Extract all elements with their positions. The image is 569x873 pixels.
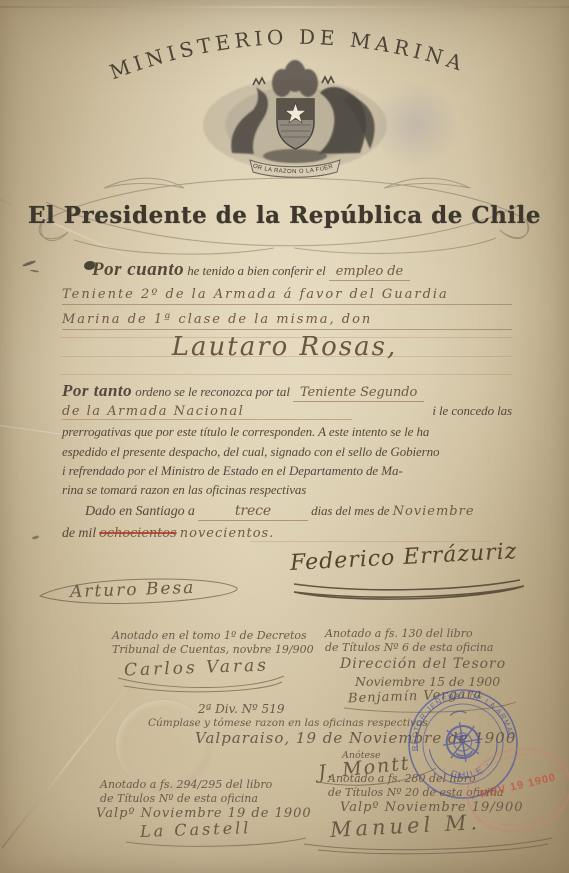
signature-president: Federico Errázuriz [290,539,518,576]
ministry-arc-text: MINISTERIO DE MARINA [106,25,469,84]
hand-line3: Marina de 1ª clase de la misma, don [62,312,372,327]
tesoro-line-2: de Títulos Nº 6 de esta oficina [325,641,493,654]
margin-mark-2 [30,269,39,273]
tribunal-line-1: Anotado en el tomo 1º de Decretos [112,629,307,642]
hand-line2: Teniente 2º de la Armada á favor del Gua… [62,287,449,302]
printed-dias: dias del mes de [311,503,389,518]
line-prerrogativas: prerrogativas que por este título le cor… [62,424,429,440]
line-marina: Marina de 1ª clase de la misma, don [62,311,512,330]
margin-mark-1 [22,260,36,267]
tesoro-line-3: Dirección del Tesoro [340,656,506,672]
hand-teniente-segundo: Teniente Segundo [293,385,424,402]
ground [263,149,327,163]
printed-concedo: i le concedo las [432,403,512,419]
ministry-arc: MINISTERIO DE MARINA [100,22,475,142]
line-refrendado: i refrendado por el Ministro de Estado e… [62,463,403,479]
tribunal-line-2: Tribunal de Cuentas, novbre 19/900 [112,643,314,656]
printed-text: he tenido a bien conferir el [184,263,329,278]
bottom-left-line-2: de Títulos Nº de esta oficina [100,792,258,805]
cumplase-ref: 2ª Div. Nº 519 [198,702,284,716]
president-signature-flourish [288,578,528,606]
hand-month: Noviembre [393,504,475,519]
document-title: El Presidente de la República de Chile [0,202,569,229]
struck-ochocientos: ochocientos [99,526,176,541]
hand-armada-nacional: de la Armada Nacional [62,404,244,419]
bottom-left-line-1: Anotado a fs. 294/295 del libro [100,778,272,791]
line-dado: Dado en Santiago a trece dias del mes de… [85,503,475,521]
hand-day: trece [198,503,308,521]
rule-armada-nacional [62,419,352,420]
signature-bottom-left: La Castell [140,818,252,841]
printed-dado: Dado en Santiago a [85,504,195,519]
opening-por-cuanto: Por cuanto [92,259,184,280]
opening-por-tanto: Por tanto [62,381,132,400]
svg-text:MINISTERIO DE MARINA: MINISTERIO DE MARINA [106,25,469,84]
printed-text: ordeno se le reconozca por tal [132,384,293,399]
motto-ribbon [250,160,340,177]
cumplase-line-1: Cúmplase y tómese razon en las oficinas … [148,717,428,729]
hand-novecientos: novecientos. [180,526,275,541]
margin-mark-3 [32,535,39,539]
signature-tribunal: Carlos Varas [124,655,270,680]
tesoro-line-1: Anotado a fs. 130 del libro [325,627,473,640]
officer-name: Lautaro Rosas, [0,332,569,362]
signature-minister: Arturo Besa [70,578,196,602]
printed-de-mil: de mil [62,526,96,541]
ship-wheel-anchor-icon [438,708,485,765]
crease-top [0,6,569,8]
crease-bottom-left [1,674,138,849]
name-rule-3 [60,374,512,375]
line-rina: rina se tomará razon en las oficinas res… [62,482,306,498]
line-mil: de mil ochocientos novecientos. [62,525,274,542]
line-por-tanto: Por tanto ordeno se le reconozca por tal… [62,381,424,401]
line-armada-nacional: de la Armada Nacional i le concedo las [62,403,512,419]
line-teniente: Teniente 2º de la Armada á favor del Gua… [62,286,512,305]
line-espedido: espedido el presente despacho, del cual,… [62,444,439,460]
hand-empleo: empleo de [329,264,410,281]
line-por-cuanto: Por cuanto he tenido a bien conferir el … [92,259,410,281]
document-page: MINISTERIO DE MARINA POR LA RAZON O LA [0,0,569,873]
